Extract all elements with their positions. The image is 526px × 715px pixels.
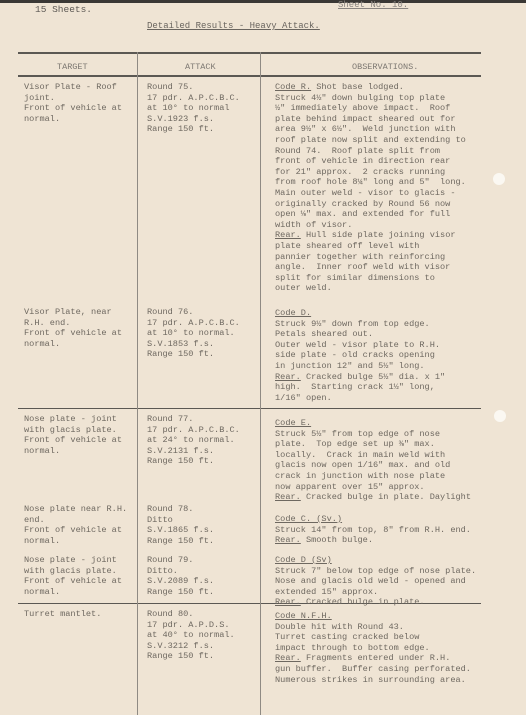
attack-line: Round 79. bbox=[147, 555, 214, 566]
observation-line: Struck 14" from top, 8" from R.H. end. bbox=[275, 525, 471, 536]
observation-line: Rear. Cracked bulge 5½" dia. x 1" bbox=[275, 372, 445, 383]
target-line: Front of vehicle at bbox=[24, 435, 122, 446]
observation-line: Rear. Cracked bulge in plate. bbox=[275, 597, 476, 608]
attack-line: S.V.1853 f.s. bbox=[147, 339, 240, 350]
observation-line: Rear. Smooth bulge. bbox=[275, 535, 471, 546]
observation-line: Main outer weld - visor to glacis - bbox=[275, 188, 466, 199]
target-line: normal. bbox=[24, 339, 122, 350]
attack-line: S.V.2089 f.s. bbox=[147, 576, 214, 587]
column-header-observations: OBSERVATIONS. bbox=[352, 62, 418, 72]
table-top-rule bbox=[18, 52, 481, 54]
observations-cell: Code N.F.H.Double hit with Round 43.Turr… bbox=[275, 611, 471, 685]
observation-line: now apparent over 15" approx. bbox=[275, 482, 471, 493]
column-divider bbox=[137, 52, 138, 715]
observation-line: Turret casting cracked below bbox=[275, 632, 471, 643]
target-line: Nose plate - joint bbox=[24, 414, 122, 425]
attack-cell: Round 77.17 pdr. A.P.C.B.C.at 24° to nor… bbox=[147, 414, 240, 467]
target-cell: Turret mantlet. bbox=[24, 609, 101, 620]
observation-line: Rear. Cracked bulge in plate. Daylight bbox=[275, 492, 471, 503]
observation-line: Code D. bbox=[275, 308, 445, 319]
attack-cell: Round 75.17 pdr. A.P.C.B.C.at 10° to nor… bbox=[147, 82, 240, 135]
attack-line: S.V.1923 f.s. bbox=[147, 114, 240, 125]
attack-line: Round 75. bbox=[147, 82, 240, 93]
observation-line: glacis now open 1/16" max. and old bbox=[275, 460, 471, 471]
observation-line: Round 74. Roof plate split from bbox=[275, 146, 466, 157]
observation-line: Petals sheared out. bbox=[275, 329, 445, 340]
observation-line: Outer weld - visor plate to R.H. bbox=[275, 340, 445, 351]
target-line: Turret mantlet. bbox=[24, 609, 101, 620]
observation-line: Numerous strikes in surrounding area. bbox=[275, 675, 471, 686]
attack-line: 17 pdr. A.P.C.B.C. bbox=[147, 318, 240, 329]
observation-line: outer weld. bbox=[275, 283, 466, 294]
observation-line: gun buffer. Buffer casing perforated. bbox=[275, 664, 471, 675]
target-line: Front of vehicle at bbox=[24, 576, 122, 587]
column-divider bbox=[260, 52, 261, 715]
attack-line: S.V.1865 f.s. bbox=[147, 525, 214, 536]
attack-line: at 40° to normal. bbox=[147, 630, 235, 641]
observation-line: open ⅛" max. and extended for full bbox=[275, 209, 466, 220]
target-line: Front of vehicle at bbox=[24, 525, 127, 536]
column-header-attack: ATTACK bbox=[185, 62, 216, 72]
attack-line: Range 150 ft. bbox=[147, 536, 214, 547]
target-line: with glacis plate. bbox=[24, 425, 122, 436]
observation-line: width of visor. bbox=[275, 220, 466, 231]
attack-line: at 10° to normal. bbox=[147, 328, 240, 339]
sheets-count: 15 Sheets. bbox=[35, 4, 92, 15]
target-line: joint. bbox=[24, 93, 122, 104]
observation-line: roof plate now split and extending to bbox=[275, 135, 466, 146]
attack-line: Ditto bbox=[147, 515, 214, 526]
observation-line: high. Starting crack 1½" long, bbox=[275, 382, 445, 393]
target-line: R.H. end. bbox=[24, 318, 122, 329]
observations-cell: Code C. (Sv.)Struck 14" from top, 8" fro… bbox=[275, 514, 471, 546]
attack-cell: Round 78.DittoS.V.1865 f.s.Range 150 ft. bbox=[147, 504, 214, 546]
observations-cell: Code R. Shot base lodged.Struck 4½" down… bbox=[275, 82, 466, 294]
header-bottom-rule bbox=[18, 75, 481, 77]
observation-line: split for similar dimensions to bbox=[275, 273, 466, 284]
attack-line: at 10° to normal bbox=[147, 103, 240, 114]
attack-line: Round 76. bbox=[147, 307, 240, 318]
observation-line: Code C. (Sv.) bbox=[275, 514, 471, 525]
page-title: Detailed Results - Heavy Attack. bbox=[147, 21, 320, 31]
target-line: end. bbox=[24, 515, 127, 526]
observation-line: Code R. Shot base lodged. bbox=[275, 82, 466, 93]
attack-line: 17 pdr. A.P.C.B.C. bbox=[147, 93, 240, 104]
observation-line: Nose and glacis old weld - opened and bbox=[275, 576, 476, 587]
attack-line: Range 150 ft. bbox=[147, 124, 240, 135]
observation-line: 1/16" open. bbox=[275, 393, 445, 404]
observation-line: Rear. Hull side plate joining visor bbox=[275, 230, 466, 241]
observation-line: Struck 7" below top edge of nose plate. bbox=[275, 566, 476, 577]
attack-line: at 24° to normal. bbox=[147, 435, 240, 446]
observation-line: Code D (Sv) bbox=[275, 555, 476, 566]
observation-line: side plate - old cracks opening bbox=[275, 350, 445, 361]
attack-line: S.V.2131 f.s. bbox=[147, 446, 240, 457]
scan-top-edge bbox=[0, 0, 526, 3]
observation-line: plate. Top edge set up ⅜" max. bbox=[275, 439, 471, 450]
observation-line: crack in junction with nose plate bbox=[275, 471, 471, 482]
observation-line: Code N.F.H. bbox=[275, 611, 471, 622]
observations-cell: Code E.Struck 5½" from top edge of nosep… bbox=[275, 418, 471, 503]
attack-line: Round 80. bbox=[147, 609, 235, 620]
column-header-target: TARGET bbox=[57, 62, 88, 72]
target-line: Visor Plate, near bbox=[24, 307, 122, 318]
target-line: normal. bbox=[24, 446, 122, 457]
observation-line: Struck 4½" down bulging top plate bbox=[275, 93, 466, 104]
target-cell: Visor Plate - Roofjoint.Front of vehicle… bbox=[24, 82, 122, 124]
attack-cell: Round 76.17 pdr. A.P.C.B.C.at 10° to nor… bbox=[147, 307, 240, 360]
target-line: Front of vehicle at bbox=[24, 103, 122, 114]
target-line: normal. bbox=[24, 114, 122, 125]
observation-line: originally cracked by Round 56 now bbox=[275, 199, 466, 210]
row-divider bbox=[18, 408, 481, 409]
target-line: normal. bbox=[24, 536, 127, 547]
observation-line: angle. Inner roof weld with visor bbox=[275, 262, 466, 273]
target-line: Nose plate near R.H. bbox=[24, 504, 127, 515]
observation-line: locally. Crack in main weld with bbox=[275, 450, 471, 461]
observation-line: for 21" approx. 2 cracks running bbox=[275, 167, 466, 178]
sheet-number: Sheet No. 10. bbox=[338, 0, 408, 10]
target-line: Visor Plate - Roof bbox=[24, 82, 122, 93]
observation-line: front of vehicle in direction rear bbox=[275, 156, 466, 167]
observation-line: from roof hole 8¼" long and 5" long. bbox=[275, 177, 466, 188]
observation-line: in junction 12" and 5½" long. bbox=[275, 361, 445, 372]
observation-line: area 9½" x 6½". Weld junction with bbox=[275, 124, 466, 135]
punch-hole bbox=[494, 410, 506, 422]
target-cell: Nose plate - jointwith glacis plate.Fron… bbox=[24, 414, 122, 456]
target-cell: Nose plate - jointwith glacis plate.Fron… bbox=[24, 555, 122, 597]
attack-line: 17 pdr. A.P.C.B.C. bbox=[147, 425, 240, 436]
target-line: normal. bbox=[24, 587, 122, 598]
observation-line: plate behind impact sheared out for bbox=[275, 114, 466, 125]
observation-line: Struck 9½" down from top edge. bbox=[275, 319, 445, 330]
target-line: Front of vehicle at bbox=[24, 328, 122, 339]
attack-line: Ditto. bbox=[147, 566, 214, 577]
observation-line: pannier together with reinforcing bbox=[275, 252, 466, 263]
observation-line: Code E. bbox=[275, 418, 471, 429]
target-cell: Nose plate near R.H.end.Front of vehicle… bbox=[24, 504, 127, 546]
attack-cell: Round 79.Ditto.S.V.2089 f.s.Range 150 ft… bbox=[147, 555, 214, 597]
attack-line: 17 pdr. A.P.D.S. bbox=[147, 620, 235, 631]
target-line: Nose plate - joint bbox=[24, 555, 122, 566]
observation-line: extended 15" approx. bbox=[275, 587, 476, 598]
attack-line: Range 150 ft. bbox=[147, 456, 240, 467]
attack-line: Range 150 ft. bbox=[147, 349, 240, 360]
attack-line: Round 77. bbox=[147, 414, 240, 425]
observation-line: Double hit with Round 43. bbox=[275, 622, 471, 633]
attack-line: Range 150 ft. bbox=[147, 587, 214, 598]
observations-cell: Code D.Struck 9½" down from top edge.Pet… bbox=[275, 308, 445, 403]
observation-line: Struck 5½" from top edge of nose bbox=[275, 429, 471, 440]
attack-line: Range 150 ft. bbox=[147, 651, 235, 662]
observation-line: Rear. Fragments entered under R.H. bbox=[275, 653, 471, 664]
observation-line: impact through to bottom edge. bbox=[275, 643, 471, 654]
attack-line: Round 78. bbox=[147, 504, 214, 515]
target-cell: Visor Plate, nearR.H. end.Front of vehic… bbox=[24, 307, 122, 349]
observation-line: plate sheared off level with bbox=[275, 241, 466, 252]
punch-hole bbox=[493, 173, 505, 185]
attack-cell: Round 80.17 pdr. A.P.D.S.at 40° to norma… bbox=[147, 609, 235, 662]
observations-cell: Code D (Sv)Struck 7" below top edge of n… bbox=[275, 555, 476, 608]
observation-line: ½" immediately above impact. Roof bbox=[275, 103, 466, 114]
target-line: with glacis plate. bbox=[24, 566, 122, 577]
attack-line: S.V.3212 f.s. bbox=[147, 641, 235, 652]
